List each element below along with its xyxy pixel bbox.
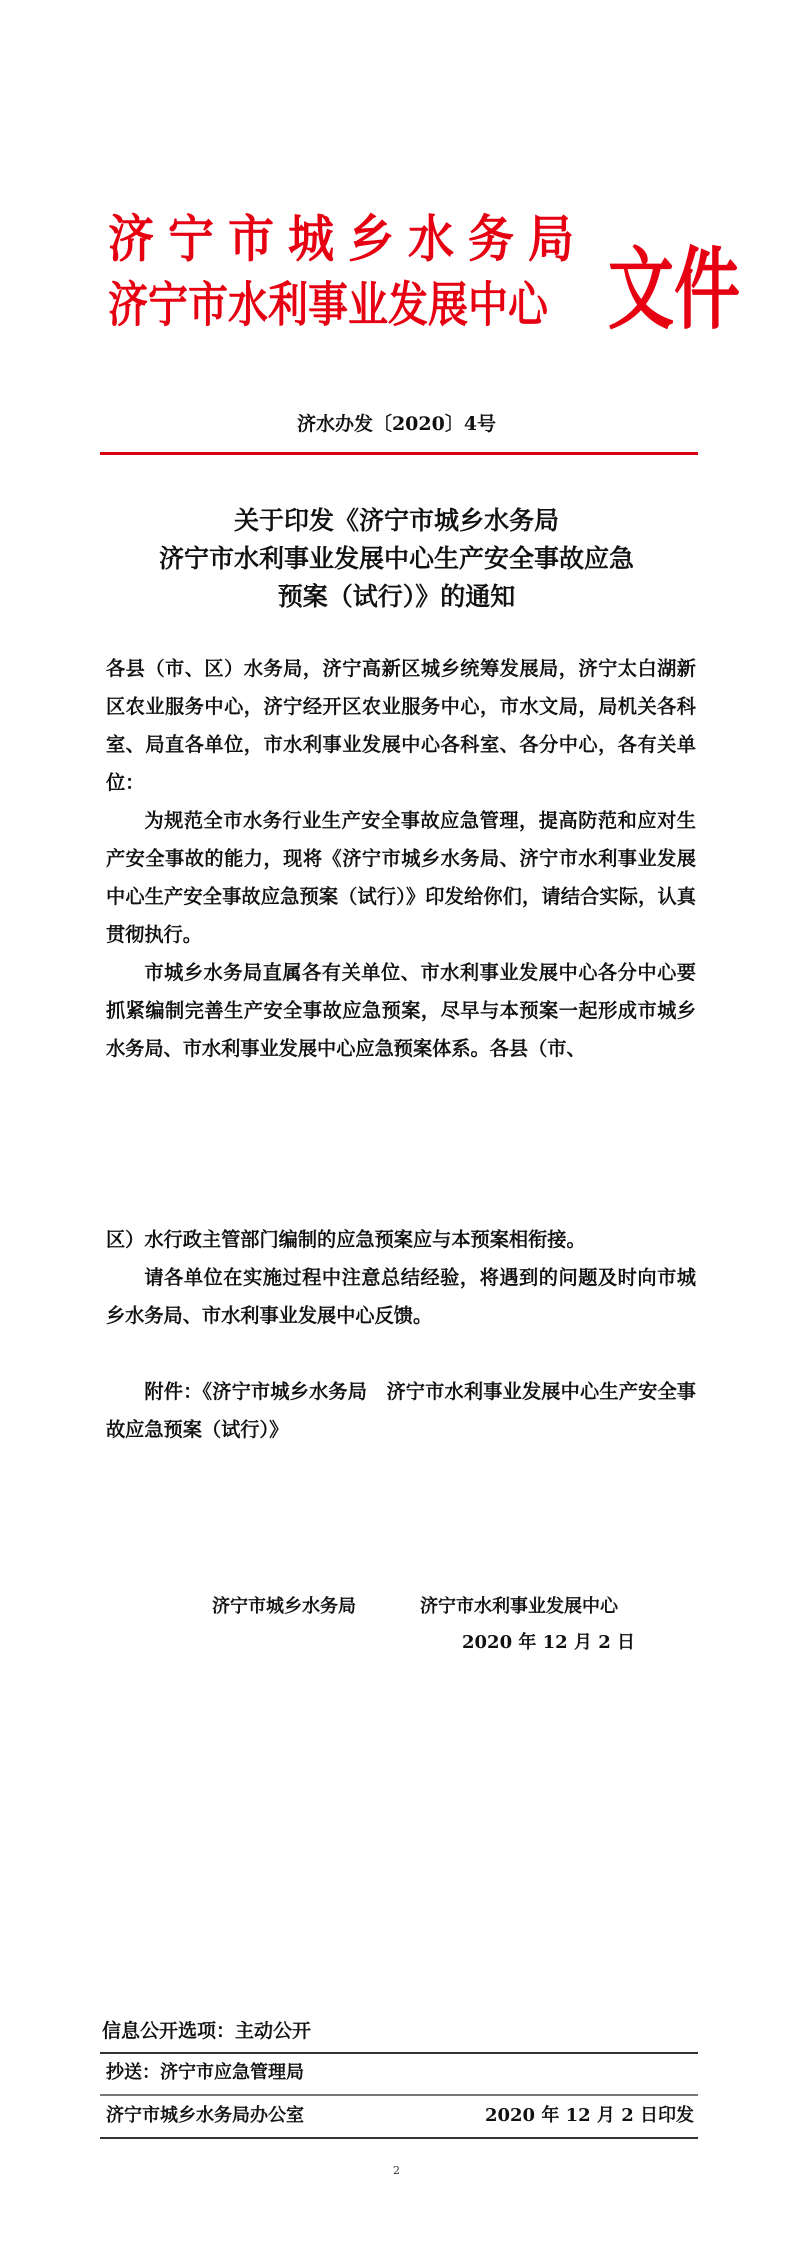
- issue-row: 济宁市城乡水务局办公室 2020 年 12 月 2 日印发: [106, 2101, 694, 2131]
- body-page-1: 各县（市、区）水务局，济宁高新区城乡统筹发展局，济宁太白湖新区农业服务中心，济宁…: [106, 650, 696, 1068]
- body-paragraph-2-part-2: 区）水行政主管部门编制的应急预案应与本预案相衔接。: [106, 1221, 696, 1259]
- attachment-note: 附件：《济宁市城乡水务局 济宁市水利事业发展中心生产安全事故应急预案（试行）》: [106, 1373, 696, 1449]
- page-number-1: 1: [0, 1042, 793, 1055]
- body-page-2: 区）水行政主管部门编制的应急预案应与本预案相衔接。 请各单位在实施过程中注意总结…: [106, 1221, 696, 1449]
- red-divider-rule: [100, 452, 698, 455]
- footer-rule-top: [100, 2052, 698, 2054]
- cc-recipients: 抄送：济宁市应急管理局: [106, 2058, 304, 2088]
- page-number-2: 2: [0, 2164, 793, 2177]
- issue-date: 2020 年 12 月 2 日印发: [485, 2101, 694, 2131]
- body-paragraph-1: 为规范全市水务行业生产安全事故应急管理，提高防范和应对生产安全事故的能力，现将《…: [106, 802, 696, 954]
- title-line-1: 关于印发《济宁市城乡水务局: [0, 502, 793, 540]
- red-letterhead: 济宁市城乡水务局 济宁市水利事业发展中心 文件: [108, 208, 708, 348]
- body-paragraph-3: 请各单位在实施过程中注意总结经验，将遇到的问题及时向市城乡水务局、市水利事业发展…: [106, 1259, 696, 1335]
- footer-rule-bottom: [100, 2137, 698, 2139]
- title-line-2: 济宁市水利事业发展中心生产安全事故应急: [0, 540, 793, 578]
- disclosure-option: 信息公开选项：主动公开: [102, 2016, 311, 2046]
- signature-org-2: 济宁市水利事业发展中心: [420, 1592, 618, 1622]
- letterhead-document-marker: 文件: [608, 230, 740, 352]
- blank-line: [106, 1335, 696, 1373]
- signature-date: 2020 年 12 月 2 日: [462, 1628, 635, 1658]
- addressees-paragraph: 各县（市、区）水务局，济宁高新区城乡统筹发展局，济宁太白湖新区农业服务中心，济宁…: [106, 650, 696, 802]
- letterhead-issuer-line1: 济宁市城乡水务局: [108, 208, 593, 270]
- title-line-3: 预案（试行）》的通知: [0, 578, 793, 616]
- letterhead-issuer-line2: 济宁市水利事业发展中心: [108, 272, 593, 339]
- document-number: 济水办发〔2020〕4号: [0, 410, 793, 438]
- issuing-office: 济宁市城乡水务局办公室: [106, 2101, 304, 2131]
- document-title: 关于印发《济宁市城乡水务局 济宁市水利事业发展中心生产安全事故应急 预案（试行）…: [0, 502, 793, 616]
- signature-org-1: 济宁市城乡水务局: [212, 1592, 356, 1622]
- footer-rule-middle: [100, 2094, 698, 2096]
- cc-row: 抄送：济宁市应急管理局: [106, 2058, 694, 2088]
